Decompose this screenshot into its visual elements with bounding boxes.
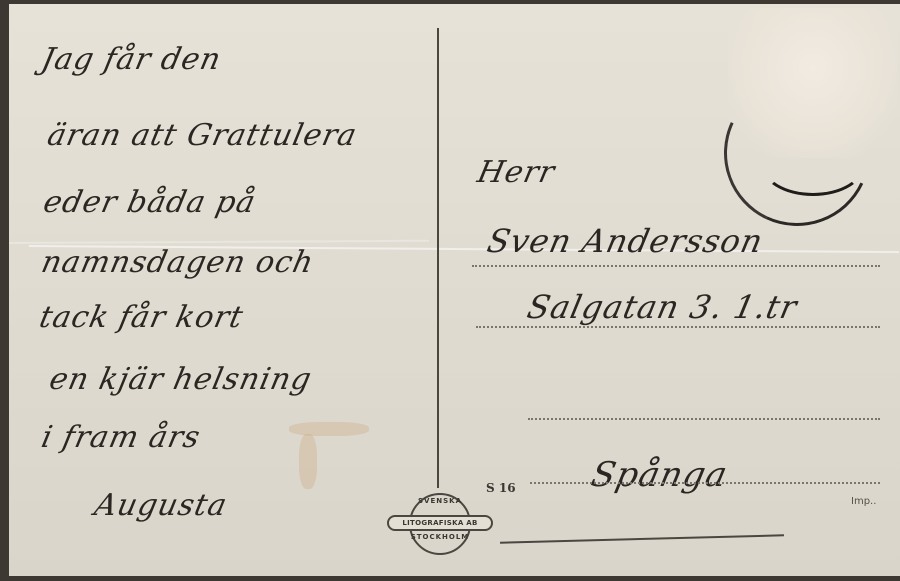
- message-line-6: en kjär helsning: [46, 362, 315, 397]
- address-line-2: [476, 326, 880, 328]
- message-line-3: eder båda på: [40, 185, 259, 220]
- stain: [289, 422, 369, 436]
- address-line-3: [528, 418, 880, 420]
- imprint-mark: Imp..: [851, 496, 876, 507]
- address-salutation: Herr: [474, 155, 558, 190]
- logo-band-text: LITOGRAFISKA AB: [387, 515, 493, 531]
- center-divider: [437, 28, 439, 488]
- message-line-1: Jag får den: [38, 42, 224, 77]
- message-line-4: namnsdagen och: [38, 245, 317, 280]
- address-street: Salgatan 3. 1.tr: [524, 288, 801, 326]
- publisher-logo: SVENSKA LITOGRAFISKA AB STOCKHOLM: [387, 493, 491, 551]
- logo-top-text: SVENSKA: [409, 497, 471, 505]
- postmark-inner-ring: [760, 130, 866, 196]
- paper-crease: [9, 240, 429, 244]
- logo-bottom-text: STOCKHOLM: [409, 533, 471, 541]
- message-line-7: i fram års: [38, 420, 204, 455]
- address-line-4: [530, 482, 880, 484]
- stain: [299, 434, 317, 489]
- address-line-1: [472, 265, 880, 267]
- address-name: Sven Andersson: [484, 222, 767, 260]
- signature: Augusta: [91, 488, 230, 523]
- message-line-2: äran att Grattulera: [44, 118, 360, 153]
- message-line-5: tack får kort: [36, 300, 246, 335]
- address-city: Spånga: [588, 455, 732, 495]
